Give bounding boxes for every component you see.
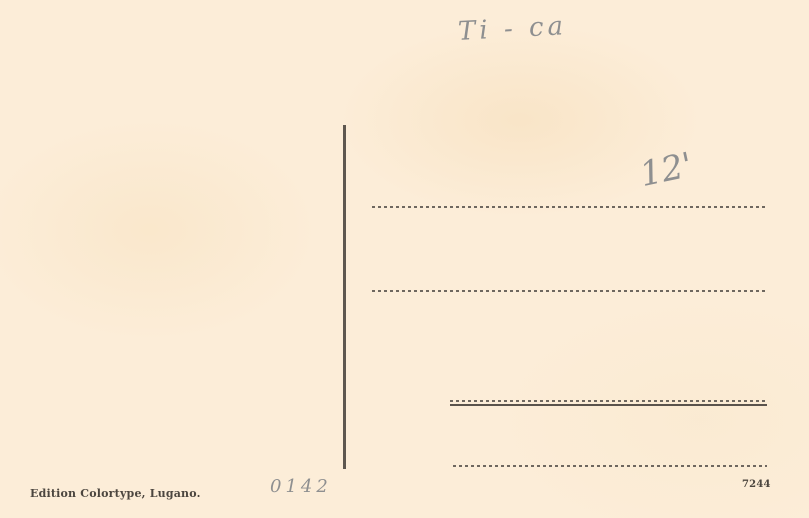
publisher-imprint: Edition Colortype, Lugano. <box>30 487 201 500</box>
center-divider-line <box>343 125 346 469</box>
address-line-3 <box>450 400 767 402</box>
handwritten-top-note: Ti - ca <box>457 11 567 47</box>
address-line-2 <box>372 290 765 292</box>
address-line-4 <box>453 465 767 467</box>
postcard-back: Ti - ca 12' Edition Colortype, Lugano. 0… <box>0 0 809 518</box>
address-line-1 <box>372 206 767 208</box>
card-number: 7244 <box>742 479 771 490</box>
handwritten-bottom-note: 0142 <box>270 476 332 497</box>
address-line-3-underline <box>450 404 767 406</box>
handwritten-price-mark: 12' <box>636 145 696 195</box>
